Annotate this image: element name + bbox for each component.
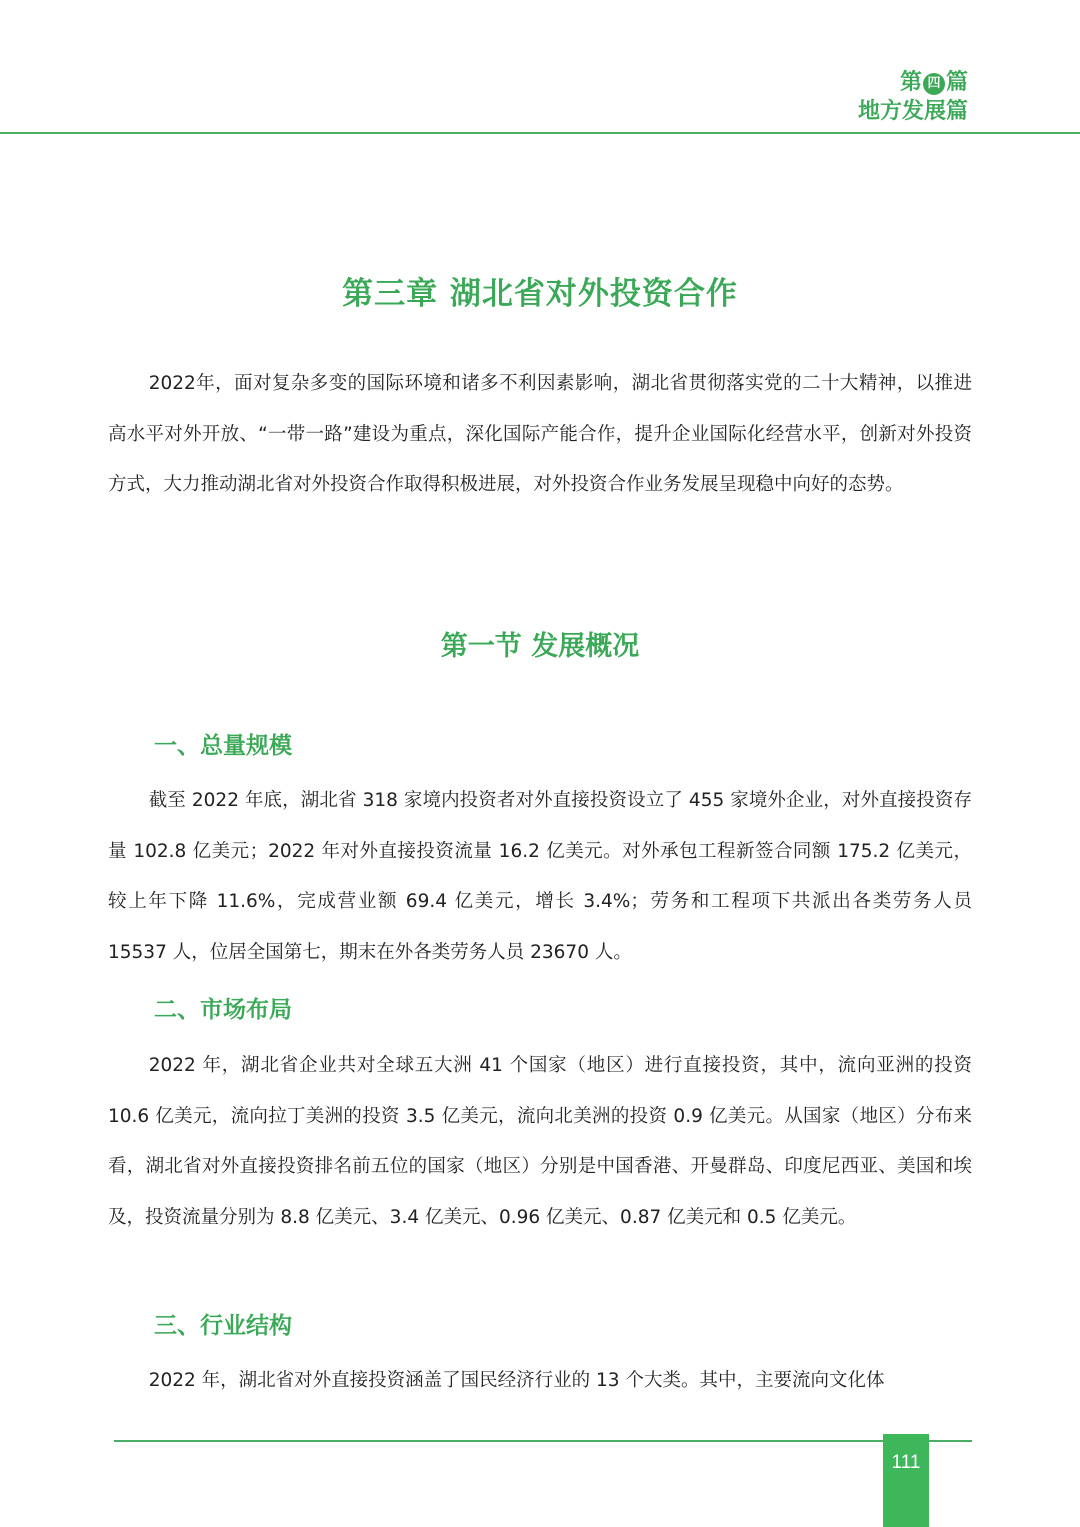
part-title: 地方发展篇 (858, 97, 968, 126)
header-divider (0, 132, 1080, 134)
subsection-paragraph: 2022 年，湖北省对外直接投资涵盖了国民经济行业的 13 个大类。其中，主要流… (108, 1356, 972, 1407)
chapter-title: 第三章 湖北省对外投资合作 (0, 268, 1080, 313)
subsection-heading: 三、行业结构 (154, 1307, 292, 1340)
part-number-badge: 四 (923, 73, 945, 95)
intro-paragraph: 2022年，面对复杂多变的国际环境和诸多不利因素影响，湖北省贯彻落实党的二十大精… (108, 359, 972, 511)
page-number: 111 (883, 1434, 929, 1527)
running-header: 第四篇 地方发展篇 (858, 68, 968, 126)
subsection-heading: 一、总量规模 (154, 727, 292, 760)
subsection-paragraph: 截至 2022 年底，湖北省 318 家境内投资者对外直接投资设立了 455 家… (108, 776, 972, 978)
subsection-heading: 二、市场布局 (154, 991, 292, 1024)
section-title: 第一节 发展概况 (0, 624, 1080, 663)
footer-divider (114, 1440, 972, 1442)
part-label: 第四篇 (858, 68, 968, 97)
subsection-paragraph: 2022 年，湖北省企业共对全球五大洲 41 个国家（地区）进行直接投资，其中，… (108, 1041, 972, 1243)
